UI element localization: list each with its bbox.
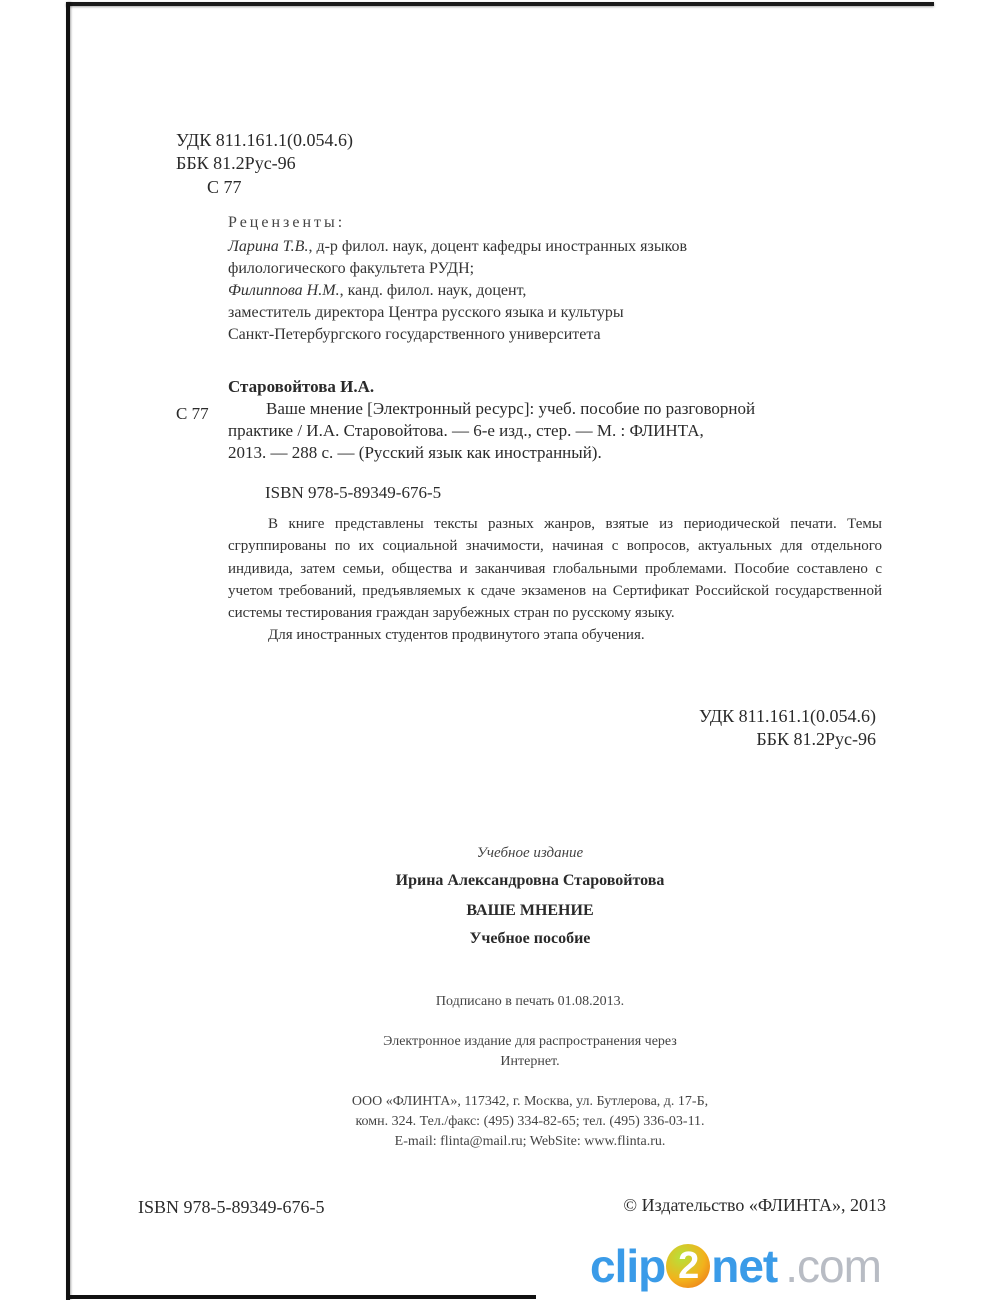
electronic-note: Электронное издание для распространения … [270, 1032, 790, 1052]
udk-code-right: УДК 811.161.1(0.054.6) [699, 705, 876, 728]
annotation-audience: Для иностранных студентов продвинутого э… [228, 624, 882, 646]
reviewer-line: заместитель директора Центра русского яз… [228, 302, 687, 324]
signed-to-print: Подписано в печать 01.08.2013. [270, 992, 790, 1012]
reviewer-name: Ларина Т.В. [228, 238, 308, 255]
watermark-net: net [711, 1239, 777, 1293]
author-mark: С 77 [207, 176, 242, 199]
publisher-contacts: E-mail: flinta@mail.ru; WebSite: www.fli… [270, 1132, 790, 1152]
reviewer-line: Ларина Т.В., д-р филол. наук, доцент каф… [228, 236, 687, 258]
reviewer-line: Санкт-Петербургского государственного ун… [228, 324, 687, 346]
bib-line: практике / И.А. Старовойтова. — 6-е изд.… [228, 420, 884, 442]
clip2net-watermark: clip2net.com [590, 1238, 881, 1294]
publisher-phones: комн. 324. Тел./факс: (495) 334-82-65; т… [270, 1112, 790, 1132]
reviewers-list: Ларина Т.В., д-р филол. наук, доцент каф… [228, 236, 687, 346]
page-border-left [66, 2, 70, 1300]
imprint: Учебное издание Ирина Александровна Стар… [270, 842, 790, 1152]
bbk-code-right: ББК 81.2Рус-96 [756, 728, 876, 751]
reviewer-name: Филиппова Н.М. [228, 282, 340, 299]
footer-isbn: ISBN 978-5-89349-676-5 [138, 1196, 325, 1219]
book-title: ВАШЕ МНЕНИЕ [270, 900, 790, 922]
reviewers-heading: Рецензенты: [228, 212, 345, 234]
bib-author-mark: С 77 [176, 403, 209, 425]
watermark-2-icon: 2 [666, 1244, 710, 1288]
bib-description: Ваше мнение [Электронный ресурс]: учеб. … [228, 398, 884, 464]
watermark-clip: clip [590, 1239, 665, 1293]
bib-isbn: ISBN 978-5-89349-676-5 [265, 482, 441, 504]
bib-author: Старовойтова И.А. [228, 376, 374, 398]
annotation-paragraph: В книге представлены тексты разных жанро… [228, 513, 882, 624]
watermark-com: .com [785, 1239, 881, 1293]
bib-line: Ваше мнение [Электронный ресурс]: учеб. … [228, 398, 884, 420]
annotation: В книге представлены тексты разных жанро… [228, 513, 882, 647]
edition-type: Учебное издание [270, 842, 790, 864]
udk-code: УДК 811.161.1(0.054.6) [176, 129, 353, 152]
reviewer-line: филологического факультета РУДН; [228, 258, 687, 280]
bib-line: 2013. — 288 с. — (Русский язык как иност… [228, 442, 884, 464]
publisher-address: ООО «ФЛИНТА», 117342, г. Москва, ул. Бут… [270, 1092, 790, 1112]
bbk-code: ББК 81.2Рус-96 [176, 152, 296, 175]
book-subtitle: Учебное пособие [270, 928, 790, 950]
footer-copyright: © Издательство «ФЛИНТА», 2013 [623, 1194, 886, 1217]
page-border-top [66, 2, 934, 6]
author-full-name: Ирина Александровна Старовойтова [270, 870, 790, 892]
page-border-bottom [66, 1295, 536, 1299]
reviewer-line: Филиппова Н.М., канд. филол. наук, доцен… [228, 280, 687, 302]
electronic-note-2: Интернет. [270, 1052, 790, 1072]
